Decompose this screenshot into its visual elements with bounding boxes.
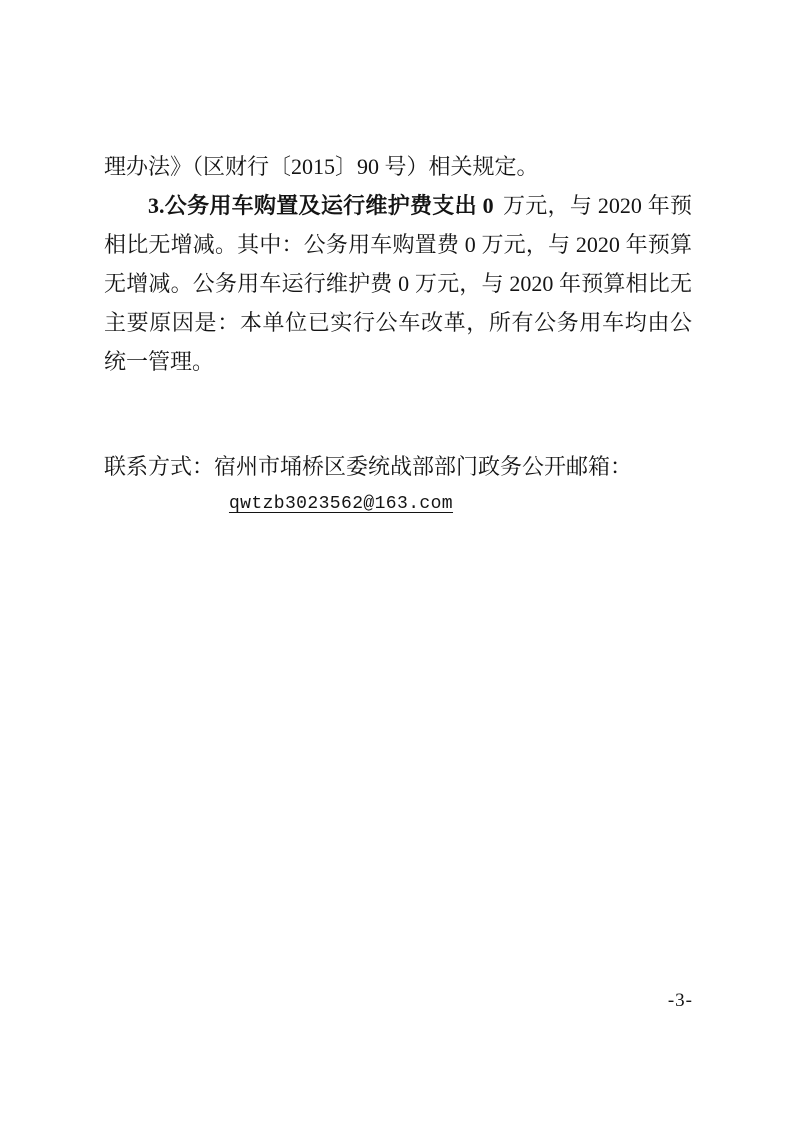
body-text-block: 理办法》（区财行〔2015〕90 号）相关规定。 3.公务用车购置及运行维护费支… (104, 147, 692, 381)
paragraph-vehicle-line-1: 3.公务用车购置及运行维护费支出 0万元，与 2020 年预算 (104, 186, 692, 225)
page-number: -3- (668, 990, 693, 1012)
paragraph-regulation-line: 理办法》（区财行〔2015〕90 号）相关规定。 (104, 147, 692, 186)
document-page: 理办法》（区财行〔2015〕90 号）相关规定。 3.公务用车购置及运行维护费支… (0, 0, 793, 1122)
paragraph-vehicle-line-5: 统一管理。 (104, 342, 692, 381)
paragraph-vehicle-line-4: 主要原因是：本单位已实行公车改革，所有公务用车均由公车办 (104, 303, 692, 342)
contact-email-line: qwtzb3023562@163.com (47, 494, 635, 514)
vehicle-expense-heading: 3.公务用车购置及运行维护费支出 0 (148, 193, 494, 218)
paragraph-vehicle-line-2: 相比无增减。其中：公务用车购置费 0 万元，与 2020 年预算相比 (104, 225, 692, 264)
contact-info-line: 联系方式：宿州市埇桥区委统战部部门政务公开邮箱： (104, 452, 744, 482)
paragraph-vehicle-line-3: 无增减。公务用车运行维护费 0 万元，与 2020 年预算相比无增减。 (104, 264, 692, 303)
contact-email-link[interactable]: qwtzb3023562@163.com (229, 494, 453, 514)
